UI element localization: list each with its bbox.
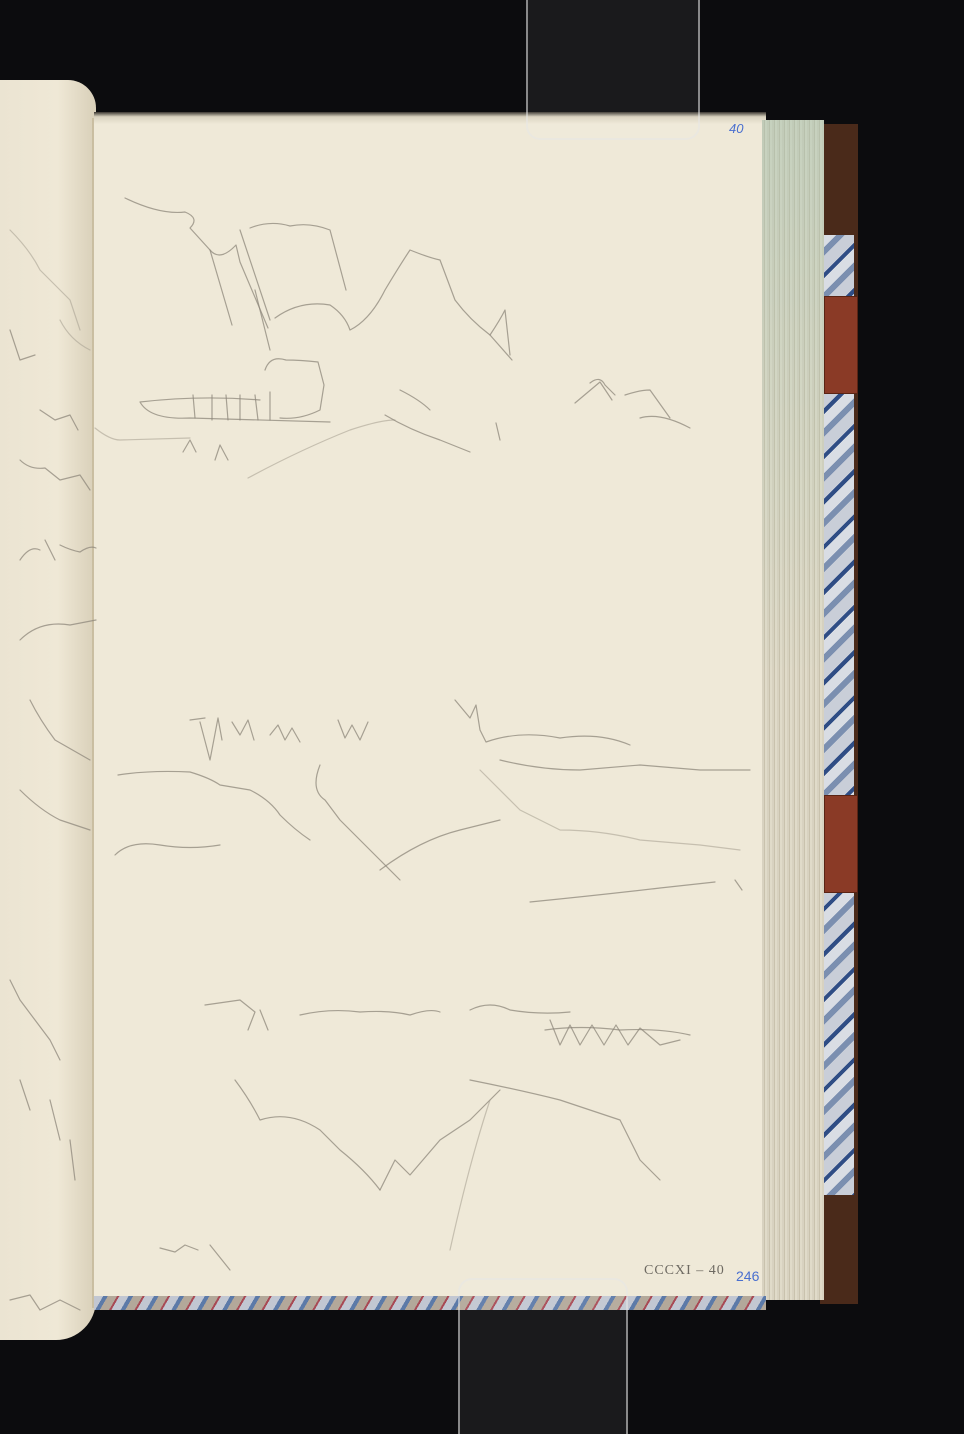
middle-sketch: [115, 700, 750, 902]
acrylic-page-clip-top: [526, 0, 700, 140]
folio-number: 40: [729, 121, 743, 136]
page-index-number: 246: [736, 1268, 759, 1284]
catalog-number: CCCXI – 40: [644, 1263, 725, 1279]
upper-sketch: [95, 198, 690, 478]
pencil-sketches: [0, 0, 964, 1434]
left-page-sketches: [10, 230, 96, 1310]
acrylic-page-clip-bottom: [458, 1278, 628, 1434]
lower-sketch: [160, 1000, 690, 1270]
